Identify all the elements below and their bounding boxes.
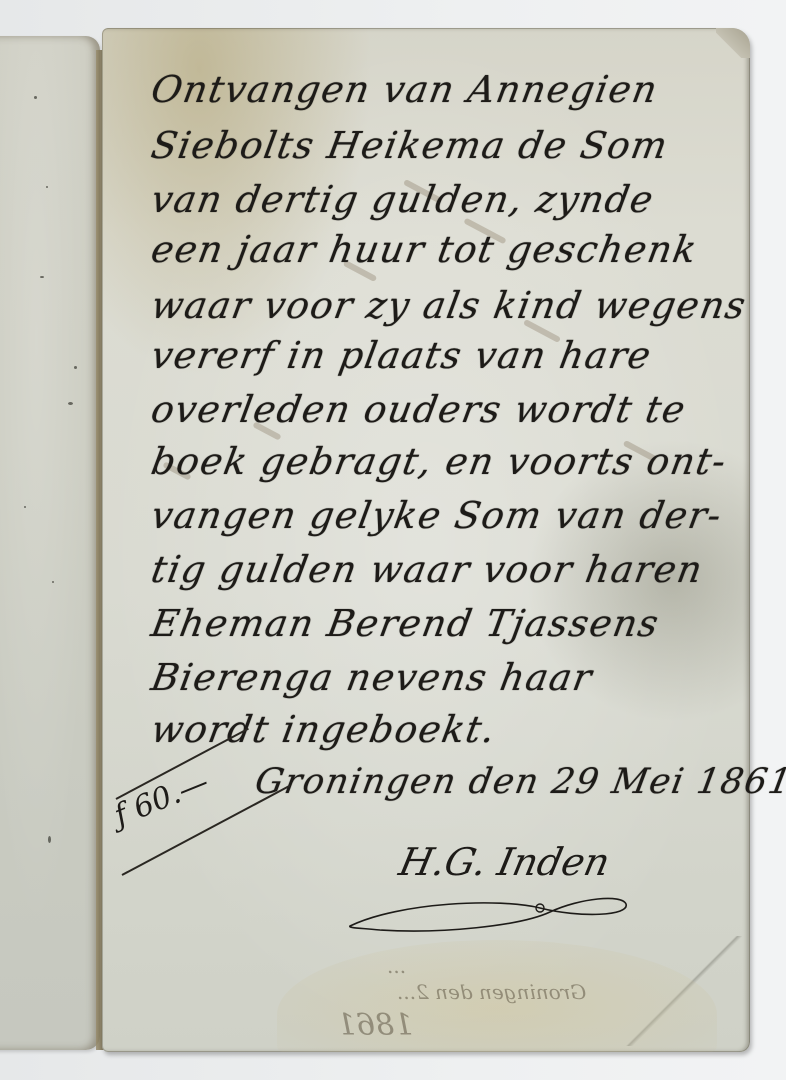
left-folded-leaf [0,36,100,1050]
signature-flourish [340,888,640,938]
body-line-13: wordt ingeboekt. [148,708,500,751]
body-line-7: overleden ouders wordt te [148,388,690,431]
body-line-4: een jaar huur tot geschenk [148,228,701,271]
body-line-2: Siebolts Heikema de Som [148,124,672,167]
body-line-5: waar voor zy als kind wegens [148,284,750,327]
document-body: Ontvangen van Annegien Siebolts Heikema … [148,28,748,748]
body-line-11: Eheman Berend Tjassens [148,602,663,645]
body-line-3: van dertig gulden, zynde [148,178,658,221]
body-line-8: boek gebragt, en voorts ont- [148,440,730,483]
signature: H.G. Inden [395,840,614,884]
body-line-12: Bierenga nevens haar [148,656,596,699]
reverse-text-line-3: 1861 [337,1008,413,1043]
reverse-text-line-2: Groningen den 2... [397,980,586,1004]
place-date: Groningen den 29 Mei 1861 [252,762,786,802]
document-page: Ontvangen van Annegien Siebolts Heikema … [102,28,750,1052]
body-line-10: tig gulden waar voor haren [148,548,707,591]
reverse-text-line-1: ... [387,954,406,978]
body-line-9: vangen gelyke Som van der- [148,494,726,537]
body-line-1: Ontvangen van Annegien [148,68,662,111]
body-line-6: vererf in plaats van hare [148,334,655,377]
